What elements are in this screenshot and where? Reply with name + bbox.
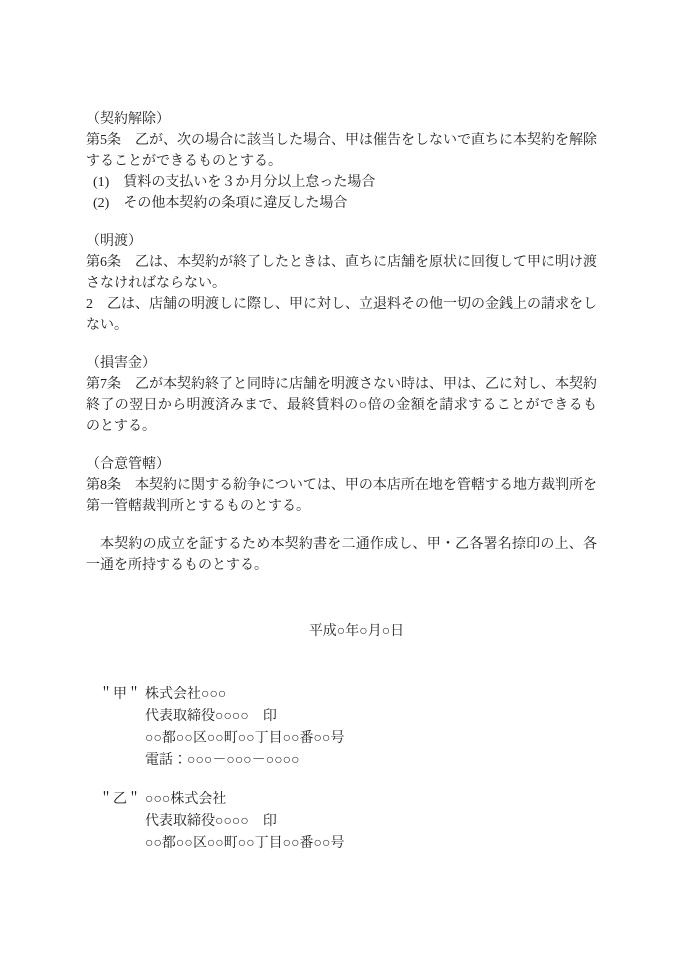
contract-document-page: （契約解除） 第5条 乙が、次の場合に該当した場合、甲は催告をしないで直ちに本契…	[0, 0, 680, 962]
party-a-company: 株式会社○○○	[145, 684, 597, 706]
article-7-text: 第7条 乙が本契約終了と同時に店舗を明渡さない時は、甲は、乙に対し、本契約終了の…	[86, 374, 597, 437]
section-agreed-jurisdiction: （合意管轄） 第8条 本契約に関する紛争については、甲の本店所在地を管轄する地方…	[86, 454, 597, 517]
section-contract-termination: （契約解除） 第5条 乙が、次の場合に該当した場合、甲は催告をしないで直ちに本契…	[86, 109, 597, 214]
party-a-address: ○○都○○区○○町○○丁目○○番○○号	[145, 728, 597, 750]
party-b-signature: ＂乙＂ ○○○株式会社 代表取締役○○○○ 印 ○○都○○区○○町○○丁目○○番…	[86, 789, 597, 855]
party-a-signature: ＂甲＂ 株式会社○○○ 代表取締役○○○○ 印 ○○都○○区○○町○○丁目○○番…	[86, 684, 597, 772]
article-5-item-2: (2) その他本契約の条項に違反した場合	[86, 193, 597, 214]
signature-block: ＂甲＂ 株式会社○○○ 代表取締役○○○○ 印 ○○都○○区○○町○○丁目○○番…	[86, 684, 597, 855]
party-a-phone: 電話：○○○－○○○－○○○○	[145, 750, 597, 772]
section-heading: （明渡）	[86, 231, 597, 252]
article-8-text: 第8条 本契約に関する紛争については、甲の本店所在地を管轄する地方裁判所を第一管…	[86, 475, 597, 517]
party-b-representative: 代表取締役○○○○ 印	[145, 811, 597, 833]
document-content: （契約解除） 第5条 乙が、次の場合に該当した場合、甲は催告をしないで直ちに本契…	[0, 0, 680, 855]
contract-date: 平成○年○月○日	[86, 621, 597, 642]
party-b-company: ○○○株式会社	[145, 789, 597, 811]
party-b-details: ○○○株式会社 代表取締役○○○○ 印 ○○都○○区○○町○○丁目○○番○○号	[145, 789, 597, 855]
article-5-text: 第5条 乙が、次の場合に該当した場合、甲は催告をしないで直ちに本契約を解除するこ…	[86, 130, 597, 172]
party-b-label: ＂乙＂	[99, 789, 145, 811]
party-a-representative: 代表取締役○○○○ 印	[145, 706, 597, 728]
section-heading: （合意管轄）	[86, 454, 597, 475]
party-a-label: ＂甲＂	[99, 684, 145, 706]
party-b-address: ○○都○○区○○町○○丁目○○番○○号	[145, 833, 597, 855]
section-heading: （契約解除）	[86, 109, 597, 130]
article-6-text: 第6条 乙は、本契約が終了したときは、直ちに店舗を原状に回復して甲に明け渡さなけ…	[86, 252, 597, 294]
article-6-clause-2: 2 乙は、店舗の明渡しに際し、甲に対し、立退料その他一切の金銭上の請求をしない。	[86, 294, 597, 336]
section-surrender: （明渡） 第6条 乙は、本契約が終了したときは、直ちに店舗を原状に回復して甲に明…	[86, 231, 597, 336]
section-heading: （損害金）	[86, 353, 597, 374]
section-damages: （損害金） 第7条 乙が本契約終了と同時に店舗を明渡さない時は、甲は、乙に対し、…	[86, 353, 597, 437]
party-a-details: 株式会社○○○ 代表取締役○○○○ 印 ○○都○○区○○町○○丁目○○番○○号 …	[145, 684, 597, 772]
article-5-item-1: (1) 賃料の支払いを３か月分以上怠った場合	[86, 172, 597, 193]
closing-statement: 本契約の成立を証するため本契約書を二通作成し、甲・乙各署名捺印の上、各一通を所持…	[86, 534, 597, 576]
